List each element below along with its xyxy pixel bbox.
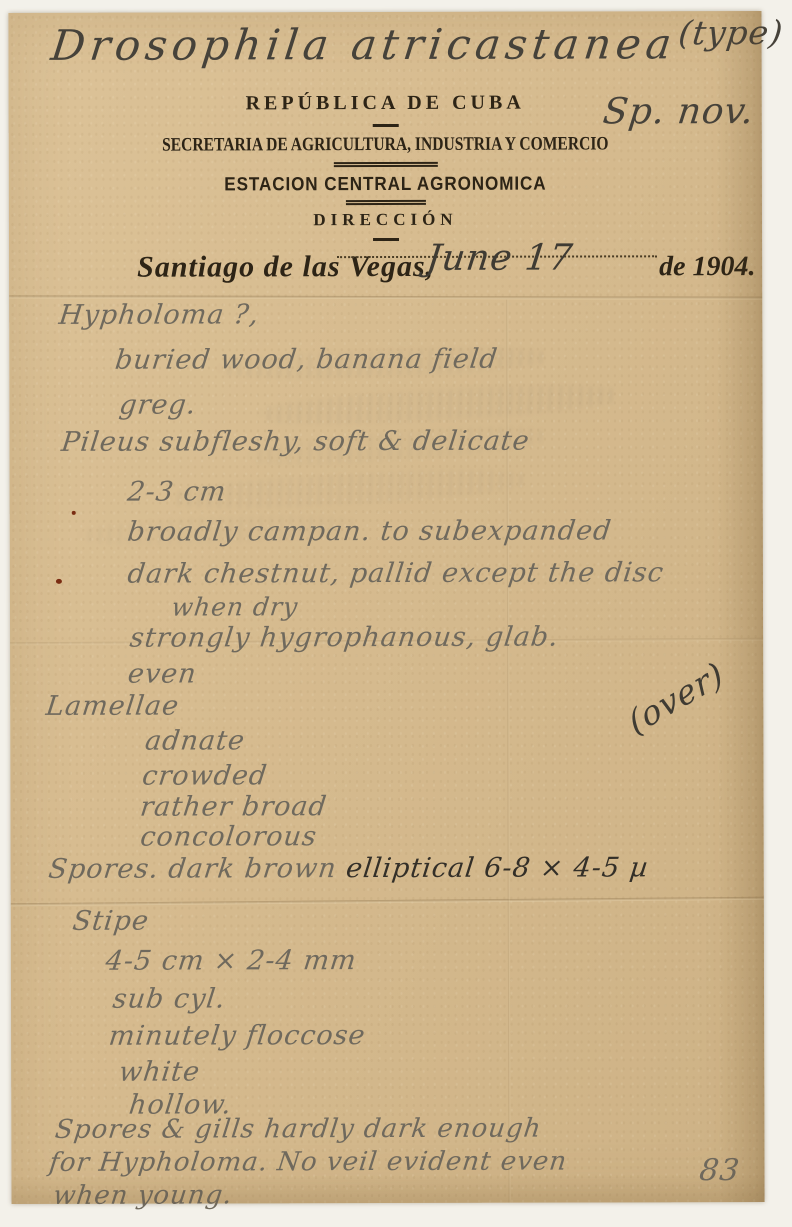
letterhead-double-rule <box>345 200 425 202</box>
note-lamellae-heading: Lamellae <box>44 691 181 722</box>
letter-paper: Drosophila atricastanea (type) Sp. nov. … <box>8 11 764 1204</box>
scan-edge-shading <box>715 11 764 1202</box>
note-pileus-surface: strongly hygrophanous, glab. <box>128 622 561 654</box>
note-lamellae-color: concolorous <box>139 821 319 852</box>
handwritten-species-title: Drosophila atricastanea <box>49 19 679 70</box>
scanned-document: Drosophila atricastanea (type) Sp. nov. … <box>0 0 792 1227</box>
note-pileus-color: dark chestnut, pallid except the disc <box>126 557 666 589</box>
note-remark-line2: for Hypholoma. No veil evident even <box>47 1147 568 1178</box>
letterhead-rule <box>373 238 399 241</box>
note-pileus-margin: even <box>126 658 198 689</box>
note-stipe-color: white <box>117 1056 202 1087</box>
bleed-through-smudge <box>259 380 620 430</box>
note-pileus-size: 2-3 cm <box>126 476 229 507</box>
letterhead-rule <box>372 124 398 127</box>
note-stipe-heading: Stipe <box>71 906 151 937</box>
note-pileus-shape: broadly campan. to subexpanded <box>126 515 614 547</box>
note-spores-text: Spores. dark brown <box>47 853 339 885</box>
note-lamellae-attachment: adnate <box>143 725 246 756</box>
letterhead-secretaria: SECRETARIA DE AGRICULTURA, INDUSTRIA Y C… <box>77 133 695 157</box>
note-when-dry: when dry <box>170 592 300 621</box>
note-lamellae-spacing: crowded <box>140 760 269 791</box>
letterhead-double-rule <box>333 162 437 164</box>
note-stipe-size: 4-5 cm × 2-4 mm <box>104 945 359 977</box>
note-spores-measure: elliptical 6-8 × 4-5 µ <box>344 852 650 884</box>
note-remark-line1: Spores & gills hardly dark enough <box>53 1114 543 1145</box>
over-annotation: (over) <box>622 654 729 743</box>
note-spores-line: Spores. dark brown elliptical 6-8 × 4-5 … <box>47 852 650 885</box>
note-genus-query: Hypholoma ?, <box>57 299 261 331</box>
note-pileus-heading: Pileus subfleshy, soft & delicate <box>60 426 532 458</box>
scan-edge-shading-bottom <box>11 1174 764 1204</box>
dateline-handwritten-date: June 17 <box>424 238 575 279</box>
note-habit: greg. <box>118 389 199 420</box>
letterhead-direccion: DIRECCIÓN <box>9 209 762 231</box>
note-stipe-shape: sub cyl. <box>111 983 227 1014</box>
foxing-speck <box>56 579 62 584</box>
letterhead-country: REPÚBLICA DE CUBA <box>9 91 762 116</box>
note-habitat: buried wood, banana field <box>113 344 499 376</box>
letterhead-estacion: ESTACION CENTRAL AGRONOMICA <box>47 173 725 197</box>
note-stipe-surface: minutely floccose <box>107 1020 367 1052</box>
foxing-speck <box>72 511 76 515</box>
note-lamellae-breadth: rather broad <box>139 791 329 822</box>
